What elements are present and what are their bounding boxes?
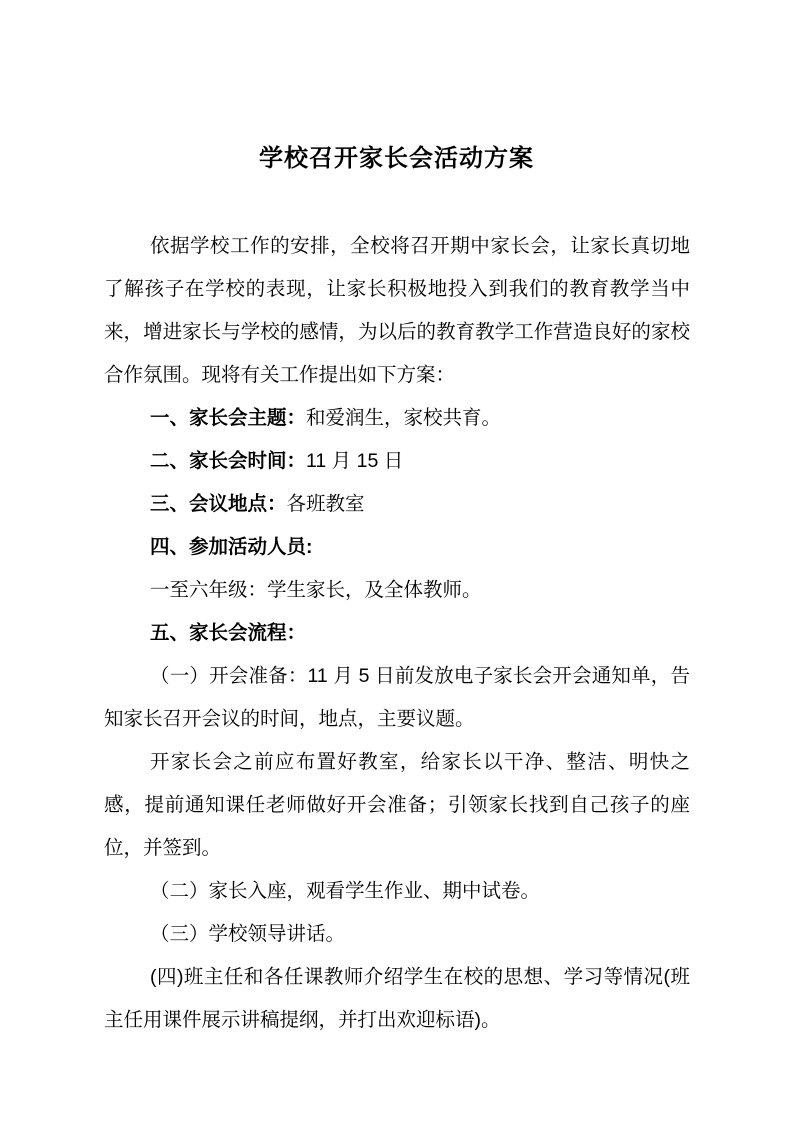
item-process: 五、家长会流程： — [104, 612, 690, 655]
document-page: 学校召开家长会活动方案 依据学校工作的安排，全校将召开期中家长会，让家长真切地了… — [0, 0, 793, 1122]
item-theme-value: 和爱润生，家校共育。 — [306, 407, 501, 429]
item-time-label: 二、家长会时间： — [150, 450, 306, 472]
process-step-2: （二）家长入座，观看学生作业、期中试卷。 — [104, 870, 690, 913]
item-time: 二、家长会时间：11 月 15 日 — [104, 440, 690, 483]
process-step-3: （三）学校领导讲话。 — [104, 913, 690, 956]
item-theme: 一、家长会主题：和爱润生，家校共育。 — [104, 397, 690, 440]
intro-text: 依据学校工作的安排，全校将召开期中家长会，让家长真切地了解孩子在学校的表现，让家… — [104, 235, 690, 386]
participants-detail: 一至六年级：学生家长，及全体教师。 — [104, 569, 690, 612]
item-location-label: 三、会议地点： — [150, 493, 287, 515]
item-process-label: 五、家长会流程： — [150, 622, 306, 644]
participants-detail-text: 一至六年级：学生家长，及全体教师。 — [150, 579, 482, 601]
process-prep-detail-text: 开家长会之前应布置好教室，给家长以干净、整洁、明快之感，提前通知课任老师做好开会… — [104, 751, 690, 859]
item-theme-label: 一、家长会主题： — [150, 407, 306, 429]
item-participants: 四、参加活动人员: — [104, 526, 690, 569]
intro-paragraph: 依据学校工作的安排，全校将召开期中家长会，让家长真切地了解孩子在学校的表现，让家… — [104, 225, 690, 397]
item-location: 三、会议地点：各班教室 — [104, 483, 690, 526]
process-step-1-text: （一）开会准备：11 月 5 日前发放电子家长会开会通知单，告知家长召开会议的时… — [104, 665, 690, 730]
document-body: 依据学校工作的安排，全校将召开期中家长会，让家长真切地了解孩子在学校的表现，让家… — [104, 225, 690, 1042]
process-prep-detail: 开家长会之前应布置好教室，给家长以干净、整洁、明快之感，提前通知课任老师做好开会… — [104, 741, 690, 870]
process-step-4-text: (四)班主任和各任课教师介绍学生在校的思想、学习等情况(班主任用课件展示讲稿提纲… — [104, 966, 690, 1031]
process-step-3-text: （三）学校领导讲话。 — [150, 923, 345, 945]
item-location-value: 各班教室 — [287, 493, 365, 515]
document-title: 学校召开家长会活动方案 — [0, 140, 793, 178]
item-time-value: 11 月 15 日 — [306, 450, 403, 472]
process-step-2-text: （二）家长入座，观看学生作业、期中试卷。 — [150, 880, 540, 902]
item-participants-label: 四、参加活动人员: — [150, 536, 313, 558]
process-step-1: （一）开会准备：11 月 5 日前发放电子家长会开会通知单，告知家长召开会议的时… — [104, 655, 690, 741]
process-step-4: (四)班主任和各任课教师介绍学生在校的思想、学习等情况(班主任用课件展示讲稿提纲… — [104, 956, 690, 1042]
